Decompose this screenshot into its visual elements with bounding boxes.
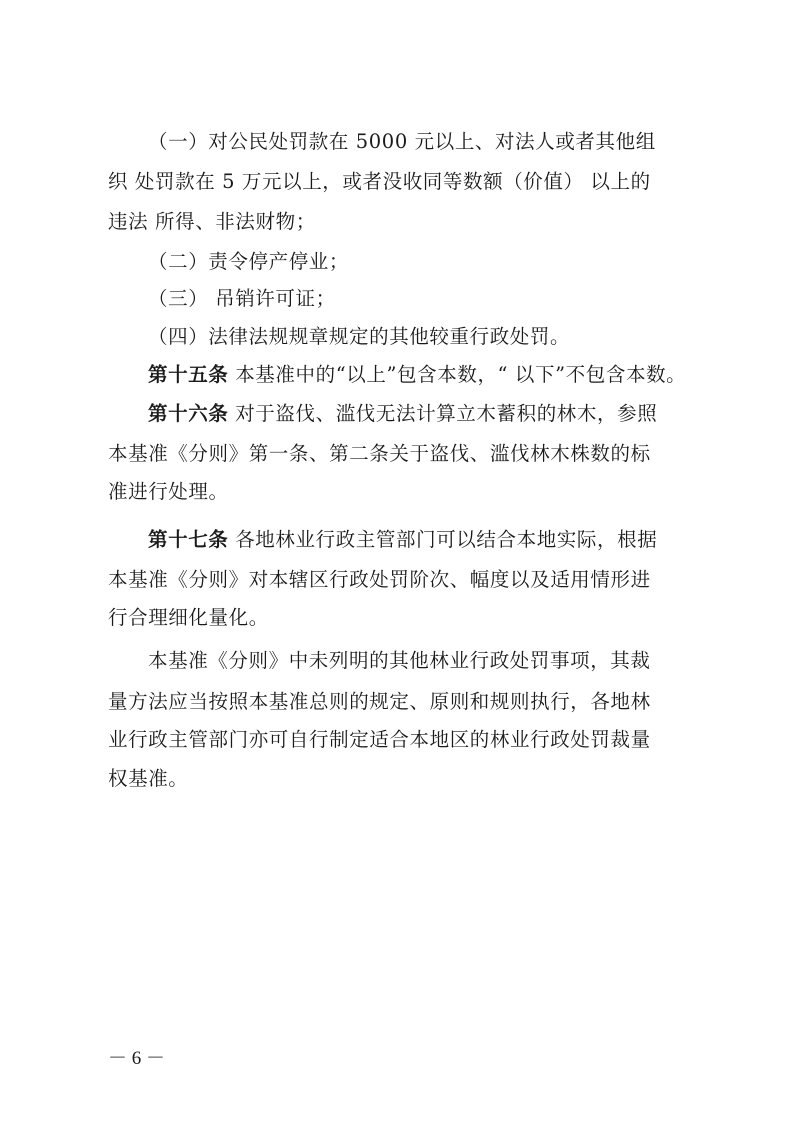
closing-line-2: 量方法应当按照本基准总则的规定、原则和规则执行，各地林 — [108, 689, 698, 715]
item-3: （三） 吊销许可证； — [148, 286, 738, 312]
item-2: （二）责令停产停业； — [148, 249, 738, 275]
article-16-heading: 第十六条 — [148, 402, 228, 425]
closing-line-3: 业行政主管部门亦可自行制定适合本地区的林业行政处罚裁量 — [108, 727, 698, 753]
article-15-heading: 第十五条 — [148, 363, 228, 386]
item-1-line-3: 违法 所得、非法财物； — [108, 209, 698, 235]
article-15-text: 本基准中的“以上”包含本数，“ 以下”不包含本数。 — [228, 363, 686, 386]
article-17-line-3: 行合理细化量化。 — [108, 605, 698, 631]
article-17-line-2: 本基准《分则》对本辖区行政处罚阶次、幅度以及适用情形进 — [108, 567, 698, 593]
article-16-line-2: 本基准《分则》第一条、第二条关于盗伐、滥伐林木株数的标 — [108, 441, 698, 467]
article-16-text: 对于盗伐、滥伐无法计算立木蓄积的林木，参照 — [228, 402, 657, 425]
article-17-text: 各地林业行政主管部门可以结合本地实际，根据 — [228, 528, 657, 551]
page-number: － 6 － — [108, 1046, 165, 1072]
closing-line-1: 本基准《分则》中未列明的其他林业行政处罚事项，其裁 — [148, 648, 738, 674]
item-1-line-2: 织 处罚款在 5 万元以上，或者没收同等数额（价值） 以上的 — [108, 169, 698, 195]
article-17-heading: 第十七条 — [148, 528, 228, 551]
article-16-line-3: 准进行处理。 — [108, 479, 698, 505]
closing-line-4: 权基准。 — [108, 766, 698, 792]
document-page: （一）对公民处罚款在 5000 元以上、对法人或者其他组 织 处罚款在 5 万元… — [0, 0, 794, 1123]
article-16-line-1: 第十六条 对于盗伐、滥伐无法计算立木蓄积的林木，参照 — [148, 401, 738, 427]
item-4: （四）法律法规规章规定的其他较重行政处罚。 — [148, 324, 738, 350]
item-1-line-1: （一）对公民处罚款在 5000 元以上、对法人或者其他组 — [148, 129, 738, 155]
article-17-line-1: 第十七条 各地林业行政主管部门可以结合本地实际，根据 — [148, 527, 738, 553]
article-15: 第十五条 本基准中的“以上”包含本数，“ 以下”不包含本数。 — [148, 362, 738, 388]
